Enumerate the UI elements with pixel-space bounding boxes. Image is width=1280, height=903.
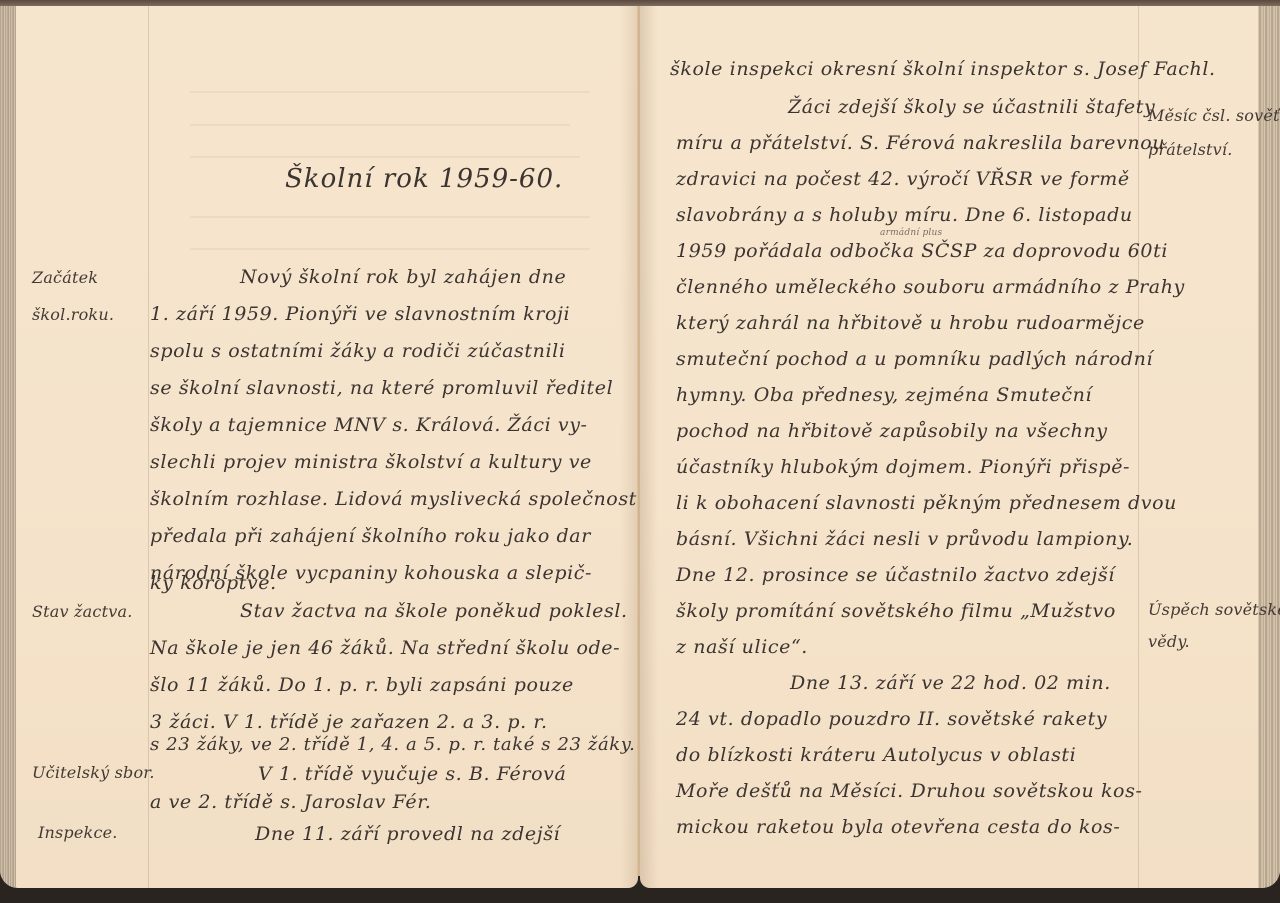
text-line: Dne 12. prosince se účastnilo žactvo zde… [676, 564, 1115, 586]
interlinear-note: armádní plus [880, 228, 942, 238]
margin-note: škol.roku. [32, 305, 114, 324]
margin-note: Měsíc čsl. sověť. [1148, 106, 1280, 125]
text-line: 3 žáci. V 1. třídě je zařazen 2. a 3. p.… [150, 711, 548, 733]
margin-rule [148, 6, 149, 888]
text-line: slechli projev ministra školství a kultu… [150, 451, 592, 473]
text-line: škole inspekci okresní školní inspektor … [670, 58, 1216, 80]
margin-note: Inspekce. [38, 823, 118, 842]
text-line: Žáci zdejší školy se účastnili štafety [788, 96, 1155, 118]
margin-note: Učitelský sbor. [32, 763, 155, 782]
spine-shadow [640, 6, 658, 888]
right-page-edge-stack [1258, 6, 1280, 888]
text-line: Nový školní rok byl zahájen dne [240, 266, 566, 288]
margin-note: vědy. [1148, 632, 1190, 651]
text-line: ky koroptve. [150, 572, 277, 594]
bleed-through [190, 91, 590, 93]
margin-note: Úspěch sovětské [1148, 600, 1280, 619]
text-line: Dne 11. září provedl na zdejší [255, 823, 560, 845]
text-line: spolu s ostatními žáky a rodiči zúčastni… [150, 340, 566, 362]
bleed-through [190, 156, 580, 158]
margin-note: přátelství. [1148, 140, 1233, 159]
left-page: Školní rok 1959-60. Začátek škol.roku. S… [0, 6, 638, 888]
text-line: Moře dešťů na Měsíci. Druhou sovětskou k… [676, 780, 1142, 802]
spine-shadow [620, 6, 638, 888]
text-line: školy promítání sovětského filmu „Mužstv… [676, 600, 1116, 622]
text-line: členného uměleckého souboru armádního z … [676, 276, 1185, 298]
bleed-through [190, 216, 590, 218]
text-line: účastníky hlubokým dojmem. Pionýři přisp… [676, 456, 1130, 478]
text-line: se školní slavnosti, na které promluvil … [150, 377, 613, 399]
text-line: smuteční pochod a u pomníku padlých náro… [676, 348, 1153, 370]
text-line: do blízkosti kráteru Autolycus v oblasti [676, 744, 1076, 766]
text-line: Dne 13. září ve 22 hod. 02 min. [790, 672, 1111, 694]
margin-note: Stav žactva. [32, 602, 132, 621]
text-line: 1959 pořádala odbočka SČSP za doprovodu … [676, 240, 1168, 262]
text-line: hymny. Oba přednesy, zejména Smuteční [676, 384, 1092, 406]
open-book: Školní rok 1959-60. Začátek škol.roku. S… [0, 0, 1280, 888]
left-page-edge-stack [0, 6, 16, 888]
text-line: předala při zahájení školního roku jako … [150, 525, 591, 547]
page-title: Školní rok 1959-60. [285, 164, 563, 194]
text-line: 1. září 1959. Pionýři ve slavnostním kro… [150, 303, 570, 325]
bleed-through [190, 124, 570, 126]
bleed-through [190, 248, 590, 250]
text-line: z naší ulice“. [676, 636, 808, 658]
text-line: míru a přátelství. S. Férová nakreslila … [676, 132, 1165, 154]
text-line: s 23 žáky, ve 2. třídě 1, 4. a 5. p. r. … [150, 734, 636, 755]
text-line: mickou raketou byla otevřena cesta do ko… [676, 816, 1120, 838]
text-line: Na škole je jen 46 žáků. Na střední škol… [150, 637, 620, 659]
text-line: který zahrál na hřbitově u hrobu rudoarm… [676, 312, 1145, 334]
text-line: zdravici na počest 42. výročí VŘSR ve fo… [676, 168, 1130, 190]
margin-note: Začátek [32, 268, 98, 287]
text-line: slavobrány a s holuby míru. Dne 6. listo… [676, 204, 1133, 226]
text-line: li k obohacení slavnosti pěkným přednese… [676, 492, 1177, 514]
text-line: básní. Všichni žáci nesli v průvodu lamp… [676, 528, 1133, 550]
text-line: školy a tajemnice MNV s. Králová. Žáci v… [150, 414, 588, 436]
text-line: 24 vt. dopadlo pouzdro II. sovětské rake… [676, 708, 1107, 730]
text-line: školním rozhlase. Lidová myslivecká spol… [150, 488, 637, 510]
text-line: šlo 11 žáků. Do 1. p. r. byli zapsáni po… [150, 674, 574, 696]
text-line: pochod na hřbitově zapůsobily na všechny [676, 420, 1108, 442]
right-page: škole inspekci okresní školní inspektor … [640, 6, 1280, 888]
text-line: V 1. třídě vyučuje s. B. Férová [258, 763, 566, 785]
text-line: Stav žactva na škole poněkud poklesl. [240, 600, 628, 622]
text-line: a ve 2. třídě s. Jaroslav Fér. [150, 791, 431, 813]
